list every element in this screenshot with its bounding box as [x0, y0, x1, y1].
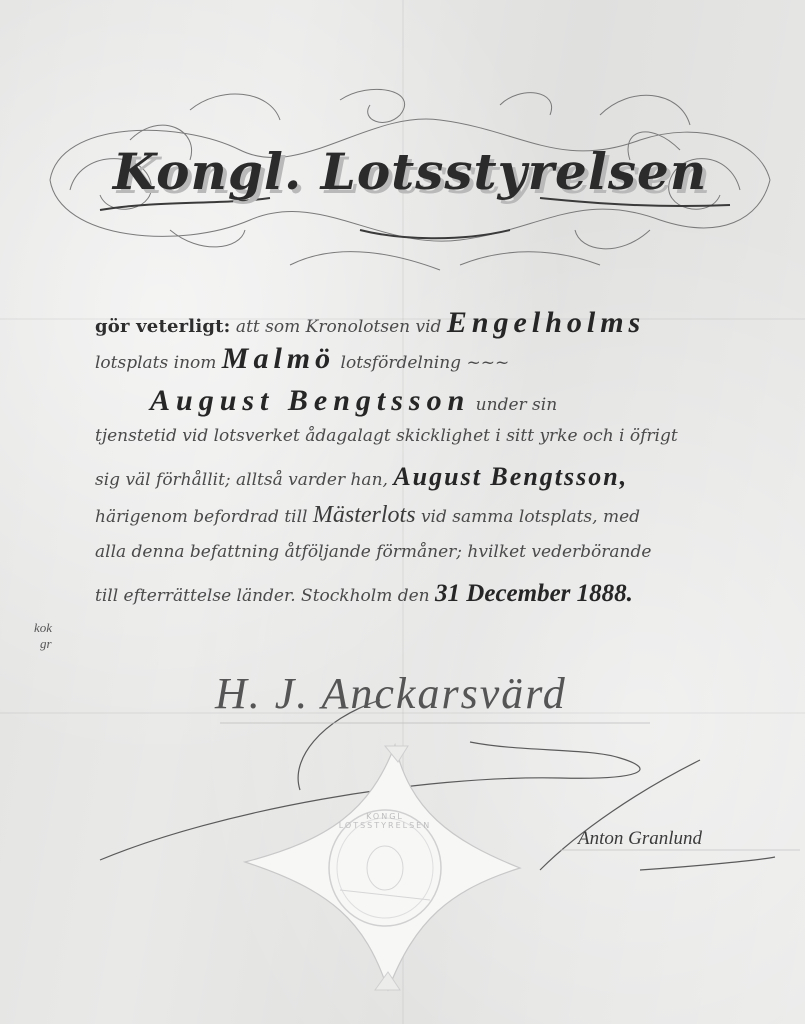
secondary-signature: Anton Granlund	[578, 828, 702, 850]
seal-inscription: KONGL LOTSSTYRELSEN	[330, 812, 440, 830]
primary-signature: H. J. Anckarsvärd	[215, 668, 567, 719]
paper-seal-icon	[240, 740, 540, 1000]
